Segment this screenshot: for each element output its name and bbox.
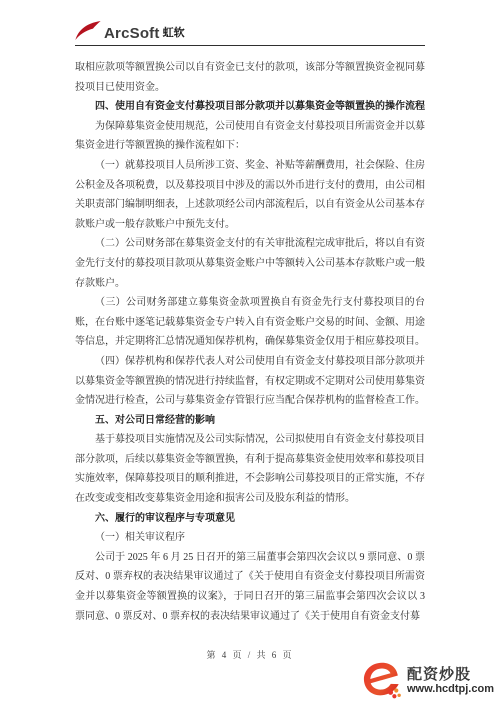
body-paragraph: 为保障募集资金使用规范，公司使用自有资金支付募投项目所需资金并以募集资金进行等额…	[75, 117, 425, 156]
watermark-text: 配资炒股 www.hcdtpj.com	[407, 667, 494, 696]
document-body: 取相应款项等额置换公司以自有资金已支付的款项，该部分等额置换资金视同募投项目已使…	[75, 58, 425, 626]
body-paragraph-cutoff: 公司于 2025 年 6 月 25 日召开的第三届董事会第四次会议以 9 票同意…	[75, 548, 425, 626]
watermark-badge: 配资炒股 www.hcdtpj.com	[361, 661, 494, 701]
body-paragraph-continuation: 取相应款项等额置换公司以自有资金已支付的款项，该部分等额置换资金视同募投项目已使…	[75, 58, 425, 97]
body-paragraph: （四）保荐机构和保荐代表人对公司使用自有资金支付募投项目部分款项并以募集资金等额…	[75, 352, 425, 411]
arcsoft-brand-cn-text: 虹软	[163, 27, 185, 41]
watermark-title: 配资炒股	[407, 667, 471, 684]
header-divider	[75, 45, 425, 46]
body-paragraph: （二）公司财务部在募集资金支付的有关审批流程完成审批后，将以自有资金先行支付的募…	[75, 234, 425, 293]
body-paragraph: （一）就募投项目人员所涉工资、奖金、补贴等薪酬费用，社会保险、住房公积金及各项税…	[75, 156, 425, 234]
arcsoft-logo: ArcSoft 虹软	[75, 18, 425, 43]
page-number: 第 4 页 / 共 6 页	[0, 648, 500, 661]
section-heading-6: 六、履行的审议程序与专项意见	[75, 509, 425, 529]
watermark-e-icon	[361, 661, 403, 701]
arcsoft-brand-text: ArcSoft	[104, 26, 160, 41]
watermark-url: www.hcdtpj.com	[407, 683, 494, 695]
body-paragraph: 基于募投项目实施情况及公司实际情况，公司拟使用自有资金支付募投项目部分款项，后续…	[75, 430, 425, 508]
document-page: ArcSoft 虹软 取相应款项等额置换公司以自有资金已支付的款项，该部分等额置…	[0, 0, 500, 707]
arcsoft-swoosh-icon	[75, 20, 101, 41]
section-heading-5: 五、对公司日常经营的影响	[75, 411, 425, 431]
section-heading-4: 四、使用自有资金支付募投项目部分款项并以募集资金等额置换的操作流程	[75, 97, 425, 117]
page-header: ArcSoft 虹软	[75, 18, 425, 46]
body-paragraph: （三）公司财务部建立募集资金款项置换自有资金先行支付募投项目的台账，在台账中逐笔…	[75, 293, 425, 352]
body-paragraph: （一）相关审议程序	[75, 528, 425, 548]
